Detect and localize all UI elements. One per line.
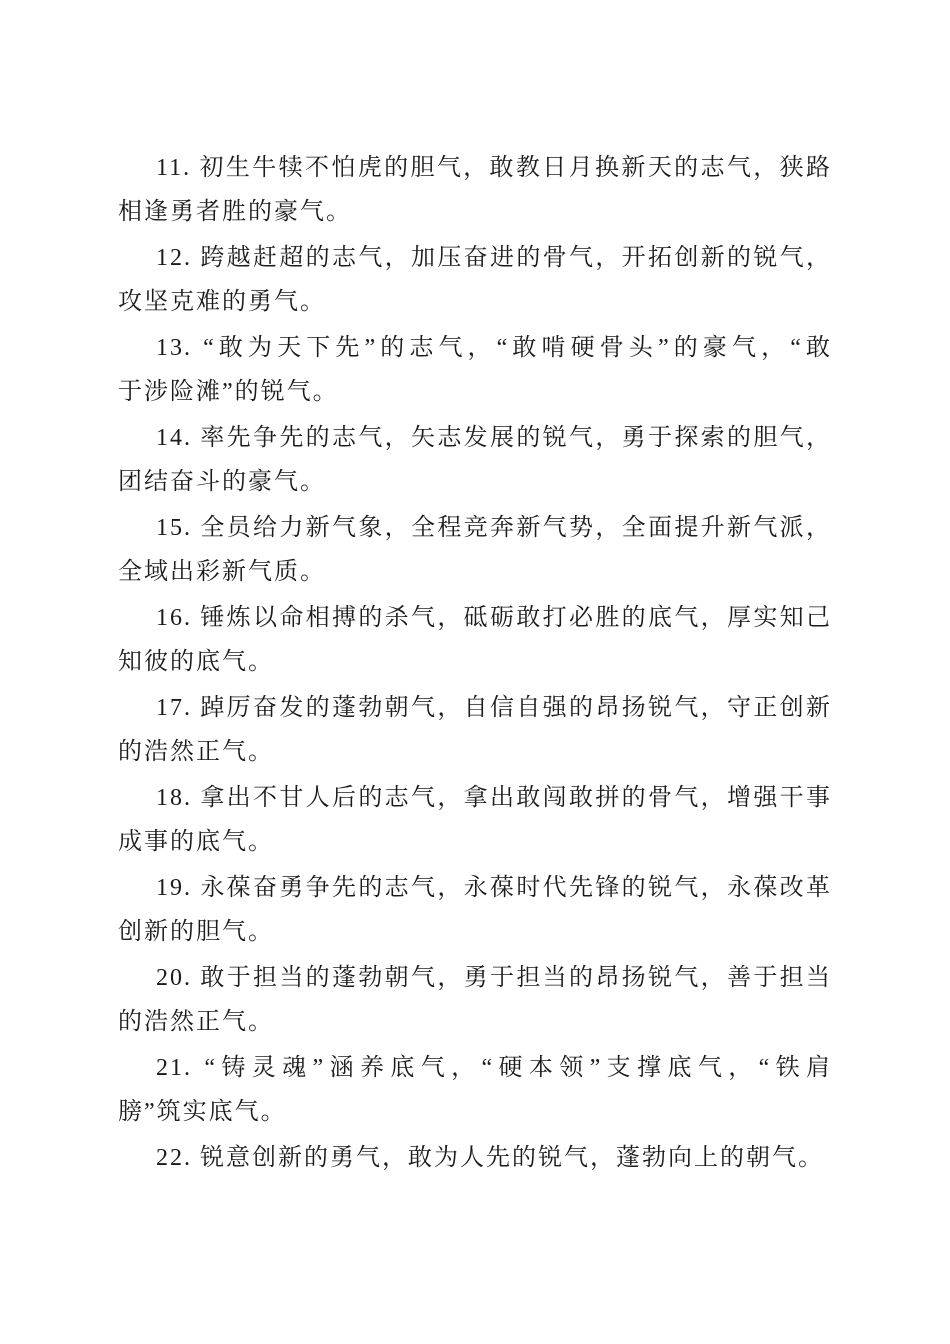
- text-line: 成事的底气。: [118, 820, 832, 864]
- text-line: 的浩然正气。: [118, 1000, 832, 1044]
- text-line: 膀”筑实底气。: [118, 1090, 832, 1134]
- paragraph-item-12: 12. 跨越赶超的志气，加压奋进的骨气，开拓创新的锐气，攻坚克难的勇气。: [118, 236, 832, 324]
- paragraph-item-17: 17. 踔厉奋发的蓬勃朝气，自信自强的昂扬锐气，守正创新的浩然正气。: [118, 686, 832, 774]
- text-line: 13. “敢为天下先”的志气，“敢啃硬骨头”的豪气，“敢: [118, 326, 832, 370]
- paragraph-item-22: 22. 锐意创新的勇气，敢为人先的锐气，蓬勃向上的朝气。: [118, 1136, 832, 1180]
- text-line: 攻坚克难的勇气。: [118, 280, 832, 324]
- text-line: 20. 敢于担当的蓬勃朝气，勇于担当的昂扬锐气，善于担当: [118, 956, 832, 1000]
- paragraph-item-20: 20. 敢于担当的蓬勃朝气，勇于担当的昂扬锐气，善于担当的浩然正气。: [118, 956, 832, 1044]
- paragraph-item-11: 11. 初生牛犊不怕虎的胆气，敢教日月换新天的志气，狭路相逢勇者胜的豪气。: [118, 146, 832, 234]
- paragraph-item-18: 18. 拿出不甘人后的志气，拿出敢闯敢拼的骨气，增强干事成事的底气。: [118, 776, 832, 864]
- text-line: 22. 锐意创新的勇气，敢为人先的锐气，蓬勃向上的朝气。: [118, 1136, 832, 1180]
- text-line: 14. 率先争先的志气，矢志发展的锐气，勇于探索的胆气，: [118, 416, 832, 460]
- text-line: 21. “铸灵魂”涵养底气，“硬本领”支撑底气，“铁肩: [118, 1046, 832, 1090]
- text-line: 全域出彩新气质。: [118, 550, 832, 594]
- paragraph-item-14: 14. 率先争先的志气，矢志发展的锐气，勇于探索的胆气，团结奋斗的豪气。: [118, 416, 832, 504]
- paragraph-item-19: 19. 永葆奋勇争先的志气，永葆时代先锋的锐气，永葆改革创新的胆气。: [118, 866, 832, 954]
- paragraph-item-13: 13. “敢为天下先”的志气，“敢啃硬骨头”的豪气，“敢于涉险滩”的锐气。: [118, 326, 832, 414]
- text-line: 17. 踔厉奋发的蓬勃朝气，自信自强的昂扬锐气，守正创新: [118, 686, 832, 730]
- text-line: 12. 跨越赶超的志气，加压奋进的骨气，开拓创新的锐气，: [118, 236, 832, 280]
- text-line: 于涉险滩”的锐气。: [118, 370, 832, 414]
- text-line: 18. 拿出不甘人后的志气，拿出敢闯敢拼的骨气，增强干事: [118, 776, 832, 820]
- text-line: 19. 永葆奋勇争先的志气，永葆时代先锋的锐气，永葆改革: [118, 866, 832, 910]
- document-body: 11. 初生牛犊不怕虎的胆气，敢教日月换新天的志气，狭路相逢勇者胜的豪气。12.…: [118, 146, 832, 1180]
- text-line: 的浩然正气。: [118, 730, 832, 774]
- document-page: 11. 初生牛犊不怕虎的胆气，敢教日月换新天的志气，狭路相逢勇者胜的豪气。12.…: [0, 0, 950, 1344]
- text-line: 知彼的底气。: [118, 640, 832, 684]
- text-line: 16. 锤炼以命相搏的杀气，砥砺敢打必胜的底气，厚实知己: [118, 596, 832, 640]
- text-line: 相逢勇者胜的豪气。: [118, 190, 832, 234]
- text-line: 创新的胆气。: [118, 910, 832, 954]
- paragraph-item-16: 16. 锤炼以命相搏的杀气，砥砺敢打必胜的底气，厚实知己知彼的底气。: [118, 596, 832, 684]
- paragraph-item-15: 15. 全员给力新气象，全程竞奔新气势，全面提升新气派，全域出彩新气质。: [118, 506, 832, 594]
- paragraph-item-21: 21. “铸灵魂”涵养底气，“硬本领”支撑底气，“铁肩膀”筑实底气。: [118, 1046, 832, 1134]
- text-line: 15. 全员给力新气象，全程竞奔新气势，全面提升新气派，: [118, 506, 832, 550]
- text-line: 11. 初生牛犊不怕虎的胆气，敢教日月换新天的志气，狭路: [118, 146, 832, 190]
- text-line: 团结奋斗的豪气。: [118, 460, 832, 504]
